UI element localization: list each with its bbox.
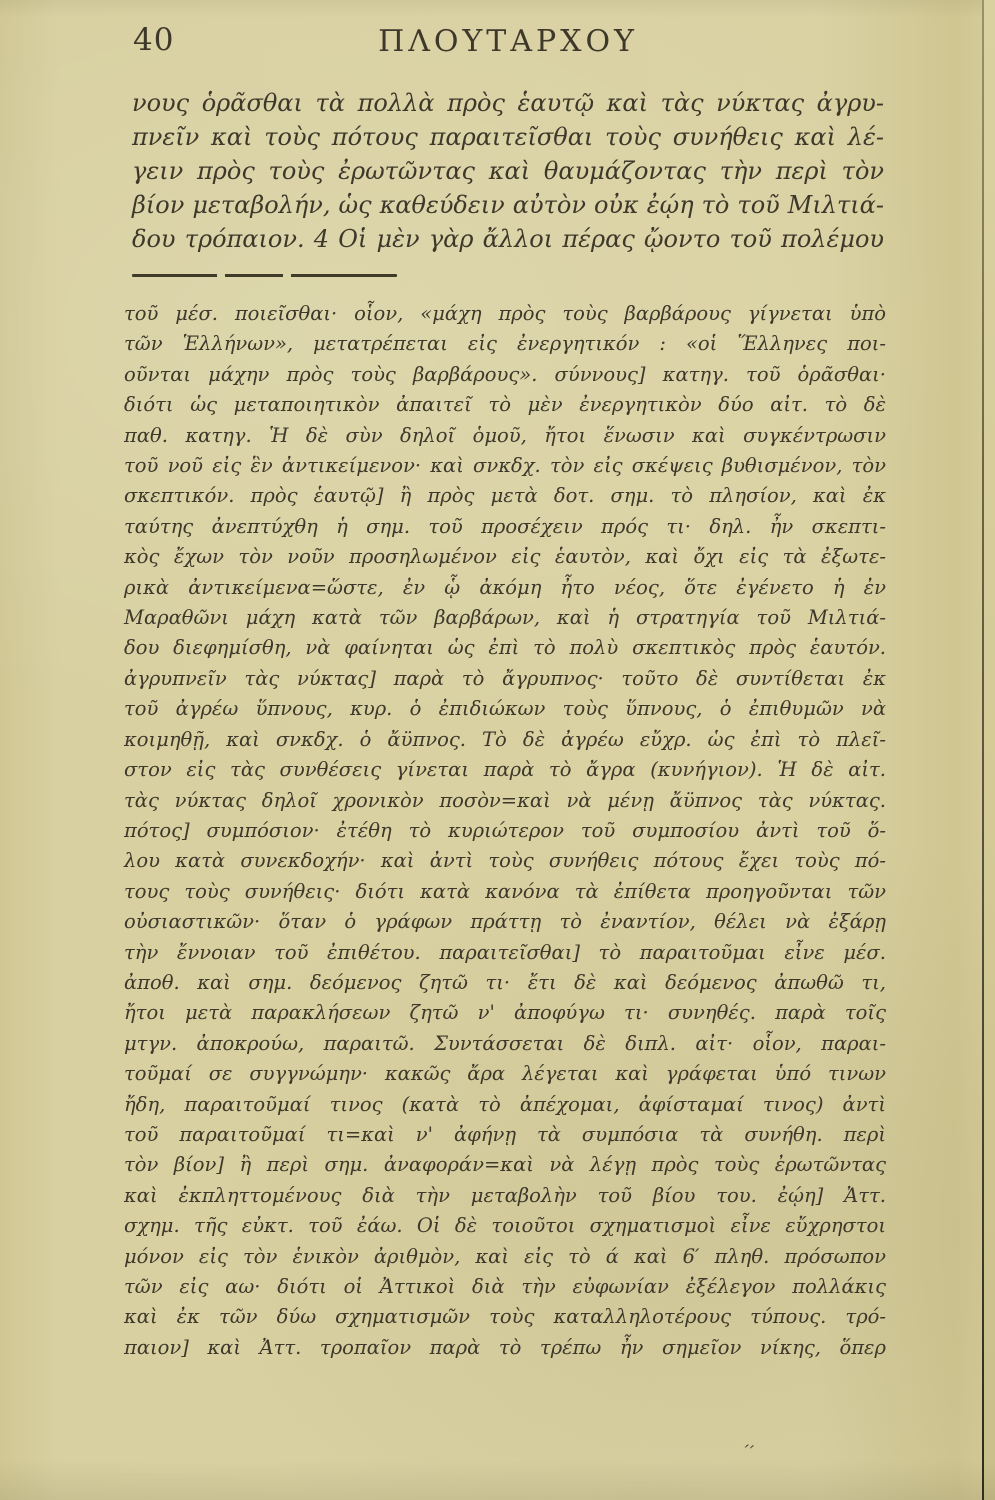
commentary-line: λου κατὰ συνεκδοχήν· καὶ ἀντὶ τοὺς συνήθ… bbox=[124, 846, 886, 876]
commentary-line: οὐσιαστικῶν· ὅταν ὁ γράφων πράττῃ τὸ ἐνα… bbox=[124, 907, 886, 937]
page-edge-strip bbox=[984, 0, 995, 1500]
commentary-line: ἤδη, παραιτοῦμαί τινος (κατὰ τὸ ἀπέχομαι… bbox=[124, 1090, 886, 1120]
commentary-line: ἀποθ. καὶ σημ. δεόμενος ζητῶ τι· ἔτι δὲ … bbox=[124, 968, 886, 998]
commentary-line: καὶ ἐκπληττομένους διὰ τὴν μεταβολὴν τοῦ… bbox=[124, 1181, 886, 1211]
footnote-divider-rule bbox=[132, 274, 397, 277]
commentary-line: τὸν βίον] ἢ περὶ σημ. ἀναφοράν=καὶ νὰ λέ… bbox=[124, 1150, 886, 1180]
commentary-line: τοῦ ἀγρέω ὕπνους, κυρ. ὁ ἐπιδιώκων τοὺς … bbox=[124, 694, 886, 724]
main-text-line: νους ὁρᾶσθαι τὰ πολλὰ πρὸς ἑαυτῷ καὶ τὰς… bbox=[132, 86, 884, 120]
commentary-line: τὴν ἔννοιαν τοῦ ἐπιθέτου. παραιτεῖσθαι] … bbox=[124, 938, 886, 968]
commentary-line: παιον] καὶ Ἀττ. τροπαῖον παρὰ τὸ τρέπω ἦ… bbox=[124, 1333, 886, 1363]
commentary-line: ταύτης ἀνεπτύχθη ἡ σημ. τοῦ προσέχειν πρ… bbox=[124, 512, 886, 542]
commentary-line: δου διεφημίσθη, νὰ φαίνηται ὡς ἐπὶ τὸ πο… bbox=[124, 633, 886, 663]
commentary-line: κὸς ἔχων τὸν νοῦν προσηλωμένον εἰς ἑαυτὸ… bbox=[124, 542, 886, 572]
main-text-block: νους ὁρᾶσθαι τὰ πολλὰ πρὸς ἑαυτῷ καὶ τὰς… bbox=[132, 86, 884, 256]
commentary-line: κοιμηθῇ, καὶ σνκδχ. ὁ ἄϋπνος. Τὸ δὲ ἀγρέ… bbox=[124, 725, 886, 755]
commentary-line: τῶν Ἑλλήνων», μετατρέπεται εἰς ἐνεργητικ… bbox=[124, 329, 886, 359]
commentary-line: ρικὰ ἀντικείμενα=ὥστε, ἐν ᾧ ἀκόμη ἦτο νέ… bbox=[124, 573, 886, 603]
commentary-line: τους τοὺς συνήθεις· διότι κατὰ κανόνα τὰ… bbox=[124, 877, 886, 907]
commentary-line: ἀγρυπνεῖν τὰς νύκτας] παρὰ τὸ ἄγρυπνος· … bbox=[124, 664, 886, 694]
commentary-line: μτγν. ἀποκρούω, παραιτῶ. Συντάσσεται δὲ … bbox=[124, 1029, 886, 1059]
commentary-line: τῶν εἰς αω· διότι οἱ Ἀττικοὶ διὰ τὴν εὐφ… bbox=[124, 1272, 886, 1302]
commentary-line: τὰς νύκτας δηλοῖ χρονικὸν ποσὸν=καὶ νὰ μ… bbox=[124, 786, 886, 816]
main-text-line: βίον μεταβολήν, ὡς καθεύδειν αὐτὸν οὐκ ἐ… bbox=[132, 188, 884, 222]
commentary-line: σχημ. τῆς εὐκτ. τοῦ ἐάω. Οἱ δὲ τοιοῦτοι … bbox=[124, 1211, 886, 1241]
commentary-line: πότος] συμπόσιον· ἐτέθη τὸ κυριώτερον το… bbox=[124, 816, 886, 846]
commentary-line: στον εἰς τὰς συνθέσεις γίνεται παρὰ τὸ ἄ… bbox=[124, 755, 886, 785]
main-text-line: δου τρόπαιον. 4 Οἱ μὲν γὰρ ἄλλοι πέρας ᾤ… bbox=[132, 222, 884, 256]
stray-ink-mark: ′′ bbox=[743, 1441, 756, 1463]
commentary-block: τοῦ μέσ. ποιεῖσθαι· οἷον, «μάχη πρὸς τοὺ… bbox=[124, 299, 886, 1363]
commentary-line: τοῦ μέσ. ποιεῖσθαι· οἷον, «μάχη πρὸς τοὺ… bbox=[124, 299, 886, 329]
main-text-line: πνεῖν καὶ τοὺς πότους παραιτεῖσθαι τοὺς … bbox=[132, 120, 884, 154]
commentary-line: τοῦμαί σε συγγνώμην· κακῶς ἄρα λέγεται κ… bbox=[124, 1059, 886, 1089]
page-edge-line bbox=[982, 0, 984, 1500]
commentary-line: διότι ὡς μεταποιητικὸν ἀπαιτεῖ τὸ μὲν ἐν… bbox=[124, 390, 886, 420]
commentary-line: σκεπτικόν. πρὸς ἑαυτῷ] ἢ πρὸς μετὰ δοτ. … bbox=[124, 481, 886, 511]
commentary-line: ἤτοι μετὰ παρακλήσεων ζητῶ ν' ἀποφύγω τι… bbox=[124, 998, 886, 1028]
main-text-line: γειν πρὸς τοὺς ἐρωτῶντας καὶ θαυμάζοντας… bbox=[132, 154, 884, 188]
commentary-line: τοῦ νοῦ εἰς ἓν ἀντικείμενον· καὶ σνκδχ. … bbox=[124, 451, 886, 481]
commentary-line: παθ. κατηγ. Ἡ δὲ σὺν δηλοῖ ὁμοῦ, ἤτοι ἕν… bbox=[124, 421, 886, 451]
commentary-line: Μαραθῶνι μάχη κατὰ τῶν βαρβάρων, καὶ ἡ σ… bbox=[124, 603, 886, 633]
book-page-scan: 40 ΠΛΟΥΤΑΡΧΟΥ νους ὁρᾶσθαι τὰ πολλὰ πρὸς… bbox=[0, 0, 995, 1500]
running-title: ΠΛΟΥΤΑΡΧΟΥ bbox=[132, 24, 884, 59]
commentary-line: καὶ ἐκ τῶν δύω σχηματισμῶν τοὺς καταλληλ… bbox=[124, 1302, 886, 1332]
commentary-line: μόνον εἰς τὸν ἑνικὸν ἀριθμὸν, καὶ εἰς τὸ… bbox=[124, 1242, 886, 1272]
commentary-line: οῦνται μάχην πρὸς τοὺς βαρβάρους». σύννο… bbox=[124, 360, 886, 390]
commentary-line: τοῦ παραιτοῦμαί τι=καὶ ν' ἀφήνῃ τὰ συμπό… bbox=[124, 1120, 886, 1150]
